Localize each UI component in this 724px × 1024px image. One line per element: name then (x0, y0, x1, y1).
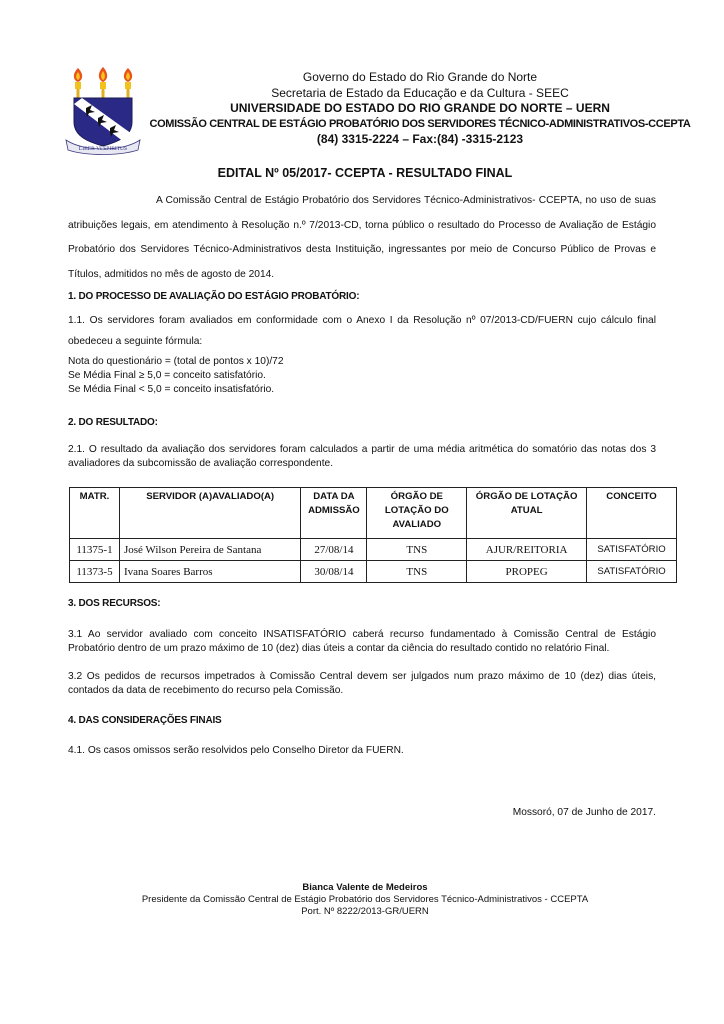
contact-phone: (84) 3315-2224 – Fax:(84) -3315-2123 (140, 132, 700, 148)
formula-line: Nota do questionário = (total de pontos … (68, 355, 656, 369)
commission-name: COMISSÃO CENTRAL DE ESTÁGIO PROBATÓRIO D… (140, 117, 700, 133)
section-2-paragraph: 2.1. O resultado da avaliação dos servid… (68, 443, 656, 471)
signature-block: Bianca Valente de Medeiros Presidente da… (60, 882, 670, 918)
section-3-paragraph-2: 3.2 Os pedidos de recursos impetrados à … (68, 670, 656, 698)
column-header-data-admissao: DATA DA ADMISSÃO (301, 488, 367, 539)
cell-data-admissao: 30/08/14 (301, 561, 367, 583)
government-name: Governo do Estado do Rio Grande do Norte (140, 70, 700, 86)
section-2-heading: 2. DO RESULTADO: (68, 417, 656, 428)
table-row: 11373-5 Ivana Soares Barros 30/08/14 TNS… (70, 561, 677, 583)
place-date: Mossoró, 07 de Junho de 2017. (513, 807, 656, 818)
university-name: UNIVERSIDADE DO ESTADO DO RIO GRANDE DO … (140, 101, 700, 117)
section-3-paragraph-1: 3.1 Ao servidor avaliado com conceito IN… (68, 628, 656, 656)
results-table: MATR. SERVIDOR (A)AVALIADO(A) DATA DA AD… (69, 487, 677, 583)
column-header-matr: MATR. (70, 488, 120, 539)
cell-orgao-avaliado: TNS (367, 539, 467, 561)
cell-orgao-avaliado: TNS (367, 561, 467, 583)
svg-text:LIBER VI SPIRITUS: LIBER VI SPIRITUS (79, 146, 127, 152)
secretariat-name: Secretaria de Estado da Educação e da Cu… (140, 86, 700, 102)
university-crest-logo: LIBER VI SPIRITUS (64, 64, 142, 156)
column-header-orgao-lotacao-atual: ÓRGÃO DE LOTAÇÃO ATUAL (467, 488, 587, 539)
cell-orgao-atual: AJUR/REITORIA (467, 539, 587, 561)
cell-conceito: SATISFATÓRIO (587, 539, 677, 561)
section-3-heading: 3. DOS RECURSOS: (68, 598, 656, 609)
formula-block: Nota do questionário = (total de pontos … (68, 355, 656, 397)
intro-paragraph: A Comissão Central de Estágio Probatório… (68, 189, 656, 287)
signatory-role: Presidente da Comissão Central de Estági… (60, 894, 670, 906)
cell-conceito: SATISFATÓRIO (587, 561, 677, 583)
section-1-paragraph: 1.1. Os servidores foram avaliados em co… (68, 310, 656, 352)
table-header-row: MATR. SERVIDOR (A)AVALIADO(A) DATA DA AD… (70, 488, 677, 539)
cell-data-admissao: 27/08/14 (301, 539, 367, 561)
signatory-portaria: Port. Nº 8222/2013-GR/UERN (60, 906, 670, 918)
cell-servidor: José Wilson Pereira de Santana (119, 539, 301, 561)
formula-line: Se Média Final < 5,0 = conceito insatisf… (68, 383, 656, 397)
cell-matr: 11375-1 (70, 539, 120, 561)
signatory-name: Bianca Valente de Medeiros (60, 882, 670, 894)
section-1-heading: 1. DO PROCESSO DE AVALIAÇÃO DO ESTÁGIO P… (68, 291, 656, 302)
table-row: 11375-1 José Wilson Pereira de Santana 2… (70, 539, 677, 561)
cell-orgao-atual: PROPEG (467, 561, 587, 583)
formula-line: Se Média Final ≥ 5,0 = conceito satisfat… (68, 369, 656, 383)
torch-icon (74, 67, 132, 99)
column-header-servidor: SERVIDOR (A)AVALIADO(A) (119, 488, 301, 539)
section-4-heading: 4. DAS CONSIDERAÇÕES FINAIS (68, 715, 656, 726)
letterhead: Governo do Estado do Rio Grande do Norte… (140, 70, 700, 148)
cell-matr: 11373-5 (70, 561, 120, 583)
column-header-conceito: CONCEITO (587, 488, 677, 539)
cell-servidor: Ivana Soares Barros (119, 561, 301, 583)
document-title: EDITAL Nº 05/2017- CCEPTA - RESULTADO FI… (60, 166, 670, 180)
document-page: LIBER VI SPIRITUS Governo do Estado do R… (0, 0, 724, 1024)
column-header-orgao-lotacao-avaliado: ÓRGÃO DE LOTAÇÃO DO AVALIADO (367, 488, 467, 539)
section-4-paragraph: 4.1. Os casos omissos serão resolvidos p… (68, 745, 656, 756)
